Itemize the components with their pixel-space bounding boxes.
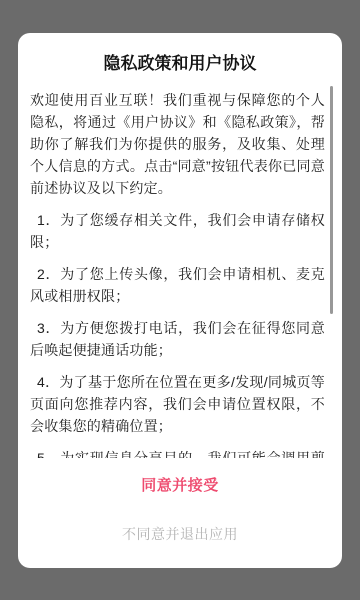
policy-scroll-area[interactable]: 欢迎使用百业互联！我们重视与保障您的个人隐私，将通过《用户协议》和《隐私政策》，… xyxy=(30,86,333,458)
dialog-title: 隐私政策和用户协议 xyxy=(18,53,342,75)
scrollbar-thumb[interactable] xyxy=(330,86,333,314)
policy-item: 1．为了您缓存相关文件，我们会申请存储权限； xyxy=(30,209,325,253)
policy-item: 4．为了基于您所在位置在更多/发现/同城页等页面向您推荐内容，我们会申请位置权限… xyxy=(30,371,325,437)
disagree-button[interactable]: 不同意并退出应用 xyxy=(18,524,342,544)
policy-items: 1．为了您缓存相关文件，我们会申请存储权限；2．为了您上传头像，我们会申请相机、… xyxy=(30,209,325,458)
policy-item: 5．为实现信息分享目的，我们可能会调用剪贴板权限 xyxy=(30,447,325,458)
policy-item: 3．为方便您拨打电话，我们会在征得您同意后唤起便捷通话功能； xyxy=(30,317,325,361)
agree-button[interactable]: 同意并接受 xyxy=(18,475,342,496)
policy-item: 2．为了您上传头像，我们会申请相机、麦克风或相册权限； xyxy=(30,263,325,307)
privacy-policy-dialog: 隐私政策和用户协议 欢迎使用百业互联！我们重视与保障您的个人隐私，将通过《用户协… xyxy=(18,33,342,568)
policy-intro: 欢迎使用百业互联！我们重视与保障您的个人隐私，将通过《用户协议》和《隐私政策》，… xyxy=(30,89,325,199)
policy-text: 欢迎使用百业互联！我们重视与保障您的个人隐私，将通过《用户协议》和《隐私政策》，… xyxy=(30,89,333,458)
